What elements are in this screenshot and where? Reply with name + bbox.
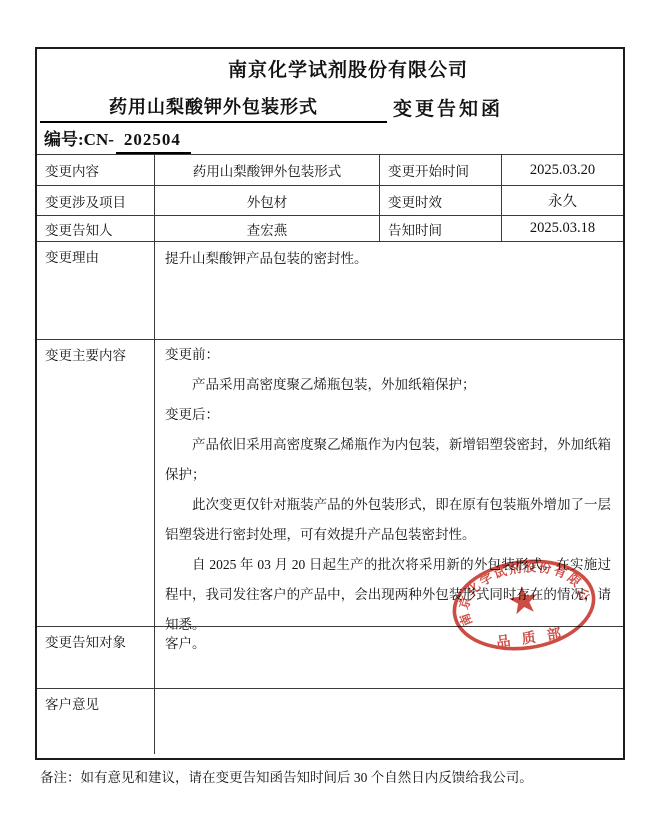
row-label2: 告知时间 bbox=[379, 216, 501, 241]
row-label: 变更告知对象 bbox=[37, 627, 154, 688]
footer-note: 备注：如有意见和建议，请在变更告知函告知时间后 30 个自然日内反馈给我公司。 bbox=[40, 768, 630, 788]
row-value: 外包材 bbox=[154, 186, 379, 215]
paragraph: 产品依旧采用高密度聚乙烯瓶作为内包装，新增铝塑袋密封，外加纸箱保护； bbox=[165, 430, 611, 490]
paragraph: 变更前： bbox=[165, 340, 611, 370]
paragraph: 变更后： bbox=[165, 400, 611, 430]
row-value: 查宏燕 bbox=[154, 216, 379, 241]
table-row-change-reason: 变更理由 提升山梨酸钾产品包装的密封性。 bbox=[37, 241, 623, 339]
row-value2: 2025.03.20 bbox=[501, 155, 623, 185]
company-title: 南京化学试剂股份有限公司 bbox=[37, 59, 623, 83]
table-row-change-content: 变更内容 药用山梨酸钾外包装形式 变更开始时间 2025.03.20 bbox=[37, 154, 623, 185]
reason-content: 提升山梨酸钾产品包装的密封性。 bbox=[154, 242, 623, 339]
subtitle-suffix-text: 变更告知函 bbox=[393, 94, 503, 123]
row-label: 变更涉及项目 bbox=[37, 186, 154, 215]
row-label2: 变更时效 bbox=[379, 186, 501, 215]
doc-number: 编号:CN-202504 bbox=[37, 129, 623, 154]
row-label: 变更主要内容 bbox=[37, 340, 154, 626]
row-label: 客户意见 bbox=[37, 689, 154, 754]
main-change-content: 变更前： 产品采用高密度聚乙烯瓶包装，外加纸箱保护； 变更后： 产品依旧采用高密… bbox=[154, 340, 623, 626]
subtitle-underlined-text: 药用山梨酸钾外包装形式 bbox=[40, 93, 387, 123]
table-row-main-change: 变更主要内容 变更前： 产品采用高密度聚乙烯瓶包装，外加纸箱保护； 变更后： 产… bbox=[37, 339, 623, 626]
notify-target-content: 客户。 bbox=[154, 627, 623, 688]
row-label: 变更内容 bbox=[37, 155, 154, 185]
document-subtitle: 药用山梨酸钾外包装形式 变更告知函 bbox=[37, 95, 623, 123]
paragraph: 产品采用高密度聚乙烯瓶包装，外加纸箱保护； bbox=[165, 370, 611, 400]
row-value2: 永久 bbox=[501, 186, 623, 215]
document-border: 南京化学试剂股份有限公司 药用山梨酸钾外包装形式 变更告知函 编号:CN-202… bbox=[35, 47, 625, 760]
table-row-customer-opinion: 客户意见 bbox=[37, 688, 623, 754]
row-value2: 2025.03.18 bbox=[501, 216, 623, 241]
row-label: 变更告知人 bbox=[37, 216, 154, 241]
row-label2: 变更开始时间 bbox=[379, 155, 501, 185]
customer-opinion-content bbox=[154, 689, 623, 754]
row-label: 变更理由 bbox=[37, 242, 154, 339]
table-row-notify-target: 变更告知对象 客户。 bbox=[37, 626, 623, 688]
table-row-change-scope: 变更涉及项目 外包材 变更时效 永久 bbox=[37, 185, 623, 215]
doc-number-label: 编号:CN- bbox=[44, 130, 114, 149]
row-value: 药用山梨酸钾外包装形式 bbox=[154, 155, 379, 185]
table-row-change-notifier: 变更告知人 查宏燕 告知时间 2025.03.18 bbox=[37, 215, 623, 241]
paragraph: 此次变更仅针对瓶装产品的外包装形式，即在原有包装瓶外增加了一层铝塑袋进行密封处理… bbox=[165, 490, 611, 550]
doc-number-value: 202504 bbox=[116, 129, 191, 154]
